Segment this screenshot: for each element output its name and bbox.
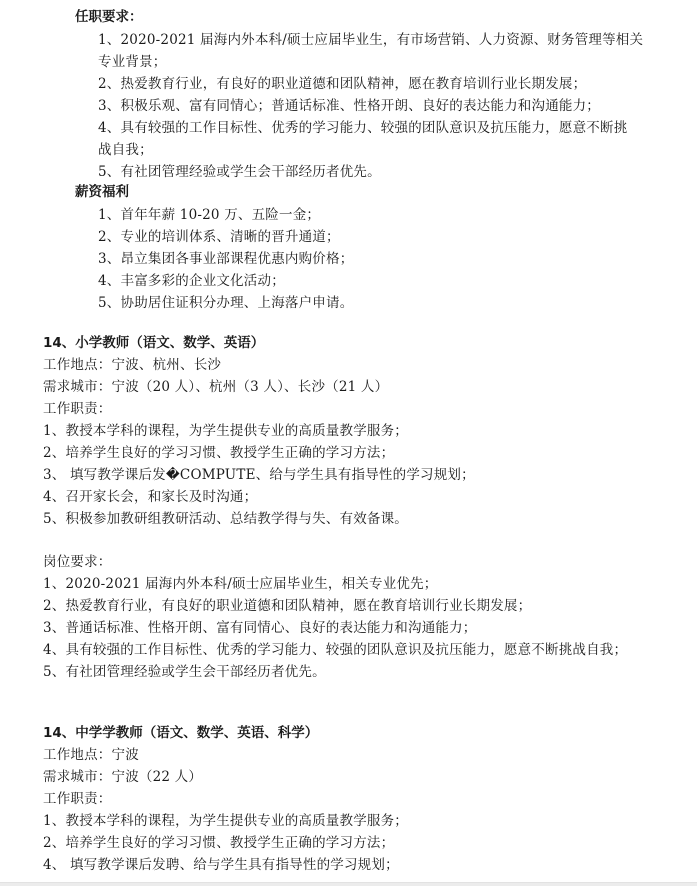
duties-label: 工作职责： <box>43 398 112 420</box>
duty-item: 4、召开家长会，和家长及时沟通； <box>43 486 257 508</box>
job-requirement-item: 2、热爱教育行业，有良好的职业道德和团队精神，愿在教育培训行业长期发展； <box>43 595 531 617</box>
duty-item: 1、教授本学科的课程，为学生提供专业的高质量教学服务； <box>43 420 408 442</box>
job-requirement-item: 1、2020-2021 届海内外本科/硕士应届毕业生，相关专业优先； <box>43 573 438 595</box>
duty-item: 3、 填写教学课后发�COMPUTE、给与学生具有指导性的学习规划； <box>43 464 475 486</box>
job-demand: 需求城市：宁波（22 人） <box>43 766 202 788</box>
benefit-item: 3、昂立集团各事业部课程优惠内购价格； <box>98 248 353 270</box>
benefit-item: 1、首年年薪 10-20 万、五险一金； <box>98 204 320 226</box>
job-requirement-item: 4、具有较强的工作目标性、优秀的学习能力、较强的团队意识及抗压能力，愿意不断挑战… <box>43 639 627 661</box>
job-demand: 需求城市：宁波（20 人）、杭州（3 人）、长沙（21 人） <box>43 376 388 398</box>
requirement-item: 战自我； <box>98 139 153 161</box>
job-requirement-item: 3、普通话标准、性格开朗、富有同情心、良好的表达能力和沟通能力； <box>43 617 477 639</box>
benefit-item: 2、专业的培训体系、清晰的晋升通道； <box>98 226 340 248</box>
duty-item: 4、 填写教学课后发聘、给与学生具有指导性的学习规划； <box>43 854 399 876</box>
benefit-item: 5、协助居住证积分办理、上海落户申请。 <box>98 292 353 314</box>
section-heading-requirements: 任职要求： <box>75 6 143 28</box>
duty-item: 2、培养学生良好的学习习惯、教授学生正确的学习方法； <box>43 442 394 464</box>
duty-item: 2、培养学生良好的学习习惯、教授学生正确的学习方法； <box>43 832 394 854</box>
job-requirement-item: 5、有社团管理经验或学生会干部经历者优先。 <box>43 661 326 683</box>
job-location: 工作地点：宁波 <box>43 744 139 766</box>
requirement-item: 1、2020-2021 届海内外本科/硕士应届毕业生，有市场营销、人力资源、财务… <box>98 29 643 51</box>
requirement-item: 3、积极乐观、富有同情心；普通话标准、性格开朗、良好的表达能力和沟通能力； <box>98 95 600 117</box>
requirement-item: 4、具有较强的工作目标性、优秀的学习能力、较强的团队意识及抗压能力，愿意不断挑 <box>98 117 627 139</box>
job-title-primary: 14、小学教师（语文、数学、英语） <box>43 332 264 354</box>
document-page: 任职要求： 1、2020-2021 届海内外本科/硕士应届毕业生，有市场营销、人… <box>0 0 697 882</box>
benefit-item: 4、丰富多彩的企业文化活动； <box>98 270 285 292</box>
requirement-item: 专业背景； <box>98 51 167 73</box>
requirement-item: 5、有社团管理经验或学生会干部经历者优先。 <box>98 161 381 183</box>
duties-label: 工作职责： <box>43 788 112 810</box>
section-heading-benefits: 薪资福利 <box>75 181 129 203</box>
duty-item: 1、教授本学科的课程，为学生提供专业的高质量教学服务； <box>43 810 408 832</box>
requirements-label: 岗位要求： <box>43 551 112 573</box>
duty-item: 5、积极参加教研组教研活动、总结教学得与失、有效备课。 <box>43 508 408 530</box>
job-title-secondary: 14、中学学教师（语文、数学、英语、科学） <box>43 722 318 744</box>
job-location: 工作地点：宁波、杭州、长沙 <box>43 354 221 376</box>
requirement-item: 2、热爱教育行业，有良好的职业道德和团队精神，愿在教育培训行业长期发展； <box>98 73 586 95</box>
page-bottom-edge <box>0 882 697 886</box>
